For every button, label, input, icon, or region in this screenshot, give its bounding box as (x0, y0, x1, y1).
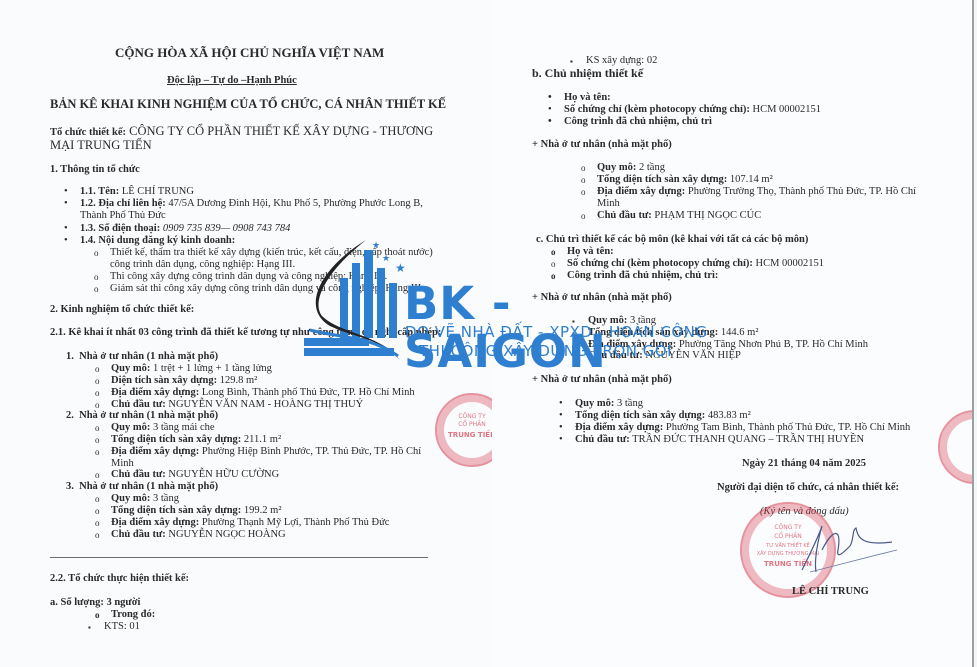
project-owner: Chủ đầu tư: NGUYỄN HỮU CƯỜNG (111, 469, 279, 481)
company-stamp-partial (938, 410, 974, 484)
representative-label: Người đại diện tổ chức, cá nhân thiết kế… (717, 482, 899, 494)
chief-cert: Số chứng chỉ (kèm photocopy chứng chỉ): … (564, 104, 821, 116)
info-name: 1.1. Tên: LÊ CHÍ TRUNG (80, 186, 194, 198)
sign-date: Ngày 21 tháng 04 năm 2025 (742, 458, 866, 470)
watermark-tagline1: ĐO VẼ NHÀ ĐẤT - XPXD - HOÀN CÔNG (405, 323, 708, 341)
organization-label: Tổ chức thiết kế: (50, 127, 126, 138)
staff-among: Trong đó: (111, 609, 155, 621)
staff-kts: KTS: 01 (104, 621, 140, 633)
project-area: Diện tích sàn xây dựng: 129.8 m² (111, 375, 257, 387)
chief-project-location-cont: Minh (597, 198, 620, 210)
project-title: 3. Nhà ở tư nhân (1 nhà mặt phố) (66, 481, 218, 493)
signature-icon (792, 520, 902, 580)
leads-project2-owner: Chủ đầu tư: TRẦN ĐỨC THANH QUANG – TRẦN … (575, 434, 864, 446)
project-area: Tổng diện tích sàn xây dựng: 199.2 m² (111, 505, 282, 517)
bk-saigon-watermark: ★ ★ ★ BK -SAIGON ĐO VẼ NHÀ ĐẤT - XPXD - … (300, 238, 660, 363)
chief-project-scale: Quy mô: 2 tầng (597, 162, 665, 174)
leads-project2-location: Địa điểm xây dựng: Phường Tam Bình, Thàn… (575, 422, 910, 434)
republic-heading: CỘNG HÒA XÃ HỘI CHỦ NGHĨA VIỆT NAM (115, 47, 384, 59)
project-title: 1. Nhà ở tư nhân (1 nhà mặt phố) (66, 351, 218, 363)
chief-project-heading: + Nhà ở tư nhân (nhà mặt phố) (532, 139, 672, 151)
chief-name: Họ và tên: (564, 92, 611, 104)
project-owner: Chủ đầu tư: NGUYỄN NGỌC HOÀNG (111, 529, 286, 541)
svg-text:★: ★ (395, 261, 406, 275)
section2-title: 2. Kinh nghiệm tổ chức thiết kế: (50, 304, 194, 316)
svg-text:★: ★ (382, 254, 390, 264)
project-location: Địa điểm xây dựng: Phường Thạnh Mỹ Lợi, … (111, 517, 389, 529)
project-location: Địa điểm xây dựng: Phường Hiệp Bình Phướ… (111, 446, 421, 458)
info-address: 1.2. Địa chỉ liên hệ: 47/5A Dương Đình H… (80, 198, 423, 210)
project-location: Địa điểm xây dựng: Long Bình, Thành phố … (111, 387, 415, 399)
organization-line2: MẠI TRUNG TIẾN (50, 138, 152, 152)
leads-project2-area: Tổng diện tích sàn xây dựng: 483.83 m² (575, 410, 751, 422)
document-title: BẢN KÊ KHAI KINH NGHIỆM CỦA TỔ CHỨC, CÁ … (50, 98, 446, 110)
chief-project-location: Địa điểm xây dựng: Phường Trường Thọ, Th… (597, 186, 916, 198)
project-area: Tổng diện tích sàn xây dựng: 211.1 m² (111, 434, 281, 446)
building-logo-icon: ★ ★ ★ (300, 238, 410, 363)
project-scale: Quy mô: 3 tầng mái che (111, 422, 215, 434)
chief-project-owner: Chủ đầu tư: PHẠM THỊ NGỌC CÚC (597, 210, 761, 222)
info-address-cont: Thành Phố Thủ Đức (80, 210, 166, 222)
chief-project-area: Tổng diện tích sàn xây dựng: 107.14 m² (597, 174, 773, 186)
info-business: 1.4. Nội dung đăng ký kinh doanh: (80, 235, 235, 247)
watermark-tagline2: THI CÔNG XÂY DỰNG TRỌN GÓI (419, 342, 672, 360)
leads-project2-scale: Quy mô: 3 tầng (575, 398, 643, 410)
organization-name: CÔNG TY CỔ PHẦN THIẾT KẾ XÂY DỰNG - THƯƠ… (126, 124, 433, 138)
chief-title: b. Chủ nhiệm thiết kế (532, 67, 643, 79)
section1-title: 1. Thông tin tổ chức (50, 164, 140, 176)
project-scale: Quy mô: 1 trệt + 1 lửng + 1 tầng lửng (111, 363, 272, 375)
chief-works: Công trình đã chủ nhiệm, chủ trì (564, 116, 712, 128)
project-title: 2. Nhà ở tư nhân (1 nhà mặt phố) (66, 410, 218, 422)
signer-name: LÊ CHÍ TRUNG (792, 586, 869, 598)
business-item-cont: công trình dân dụng, công nghiệp: Hạng I… (110, 259, 295, 271)
section22-title: 2.2. Tổ chức thực hiện thiết kế: (50, 573, 189, 585)
divider (50, 557, 428, 558)
project-scale: Quy mô: 3 tầng (111, 493, 179, 505)
info-phone: 1.3. Số điện thoại: 0909 735 839— 0908 7… (80, 223, 290, 235)
motto: Độc lập – Tự do –Hạnh Phúc (167, 75, 297, 87)
staff-count: a. Số lượng: 3 người (50, 597, 140, 609)
svg-text:★: ★ (372, 241, 380, 251)
company-stamp-partial: CÔNG TY CỔ PHẦN TRUNG TIẾN (435, 393, 492, 467)
